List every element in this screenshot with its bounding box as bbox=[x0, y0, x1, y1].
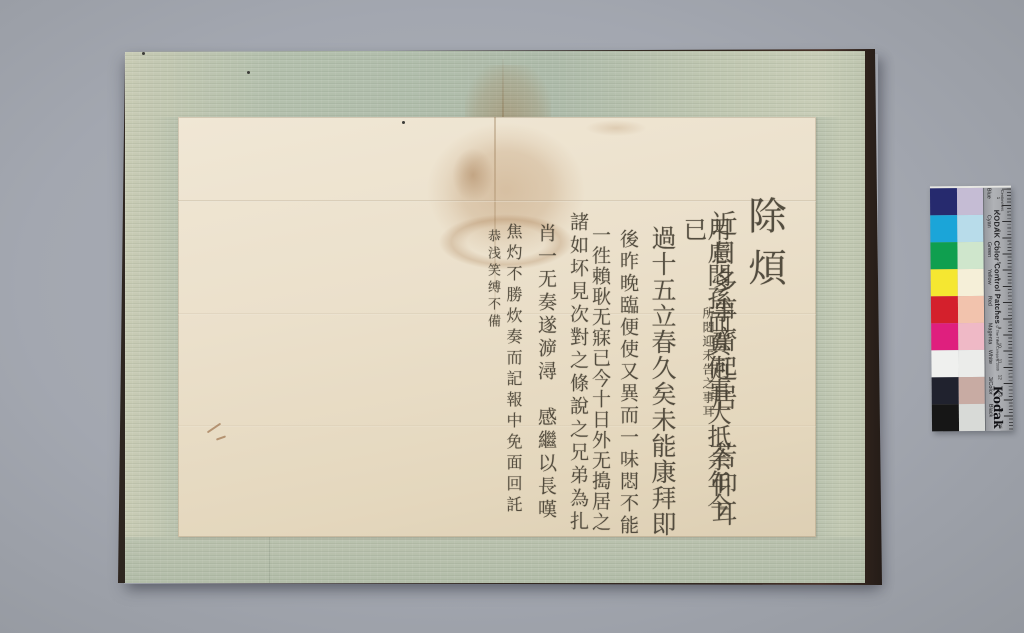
cm-number: 3 bbox=[996, 229, 1001, 232]
color-patch-red-left bbox=[931, 296, 958, 323]
kodak-title: KODAK Color Control Patches © The Tiffen… bbox=[992, 210, 1003, 400]
color-patch-white-right bbox=[958, 350, 984, 377]
color-patch-3-color-right bbox=[959, 377, 985, 404]
silk-left-band bbox=[125, 51, 179, 583]
silk-seam bbox=[269, 537, 270, 583]
silk-bottom-band bbox=[125, 537, 865, 583]
calligraphy-column: 諸如坏見次對之條說之兄弟為扎 bbox=[568, 212, 587, 534]
album-page: 除煩近日多事齋起居 若仰耳所悶迎未告之事耳用慮悶孫而真何事大抵余年今已過十五立春… bbox=[116, 46, 882, 590]
cm-number: 8 bbox=[997, 310, 1002, 313]
color-patch-blue-left bbox=[930, 188, 957, 215]
cm-number: 11 bbox=[997, 359, 1002, 364]
color-patch-blue-right bbox=[957, 188, 983, 215]
silk-right-band bbox=[815, 51, 865, 583]
calligraphy-column: 一徃賴耿无寐已今十日外无搗居之 bbox=[590, 225, 609, 533]
color-patch-black-left bbox=[932, 404, 959, 431]
dust-speck bbox=[247, 71, 250, 74]
kodak-title-text: KODAK Color Control Patches bbox=[992, 210, 1002, 324]
cm-number: 7 bbox=[997, 294, 1002, 297]
color-patch-yellow-right bbox=[958, 269, 984, 296]
centimeters-label: Centimeters bbox=[1000, 190, 1005, 212]
color-patch-green-left bbox=[930, 242, 957, 269]
cm-number: 4 bbox=[996, 246, 1001, 249]
silk-top-band bbox=[125, 51, 865, 117]
photograph-background: 除煩近日多事齋起居 若仰耳所悶迎未告之事耳用慮悶孫而真何事大抵余年今已過十五立春… bbox=[0, 0, 1024, 633]
paper-sheet: 除煩近日多事齋起居 若仰耳所悶迎未告之事耳用慮悶孫而真何事大抵余年今已過十五立春… bbox=[178, 117, 816, 537]
cm-number: 15 bbox=[998, 424, 1003, 429]
color-patch-magenta-left bbox=[931, 323, 958, 350]
cm-number: 1 bbox=[996, 197, 1001, 200]
cm-number: 9 bbox=[997, 327, 1002, 330]
cm-number: 2 bbox=[996, 213, 1001, 216]
color-patch-cyan-left bbox=[930, 215, 957, 242]
cm-number: 6 bbox=[997, 278, 1002, 281]
calligraphy-column: 肖一无奏遂㴑潯 感繼以長嘆 bbox=[536, 223, 555, 522]
calligraphy-column: 焦灼不勝炊奏而記報中免面回託 bbox=[505, 223, 521, 517]
color-patch-white-left bbox=[931, 350, 958, 377]
color-patch-magenta-right bbox=[958, 323, 984, 350]
kodak-ruler: Centimeters BlueCyanGreenYellowRedMagent… bbox=[983, 188, 1013, 431]
dust-speck bbox=[142, 52, 145, 55]
color-patch-yellow-left bbox=[931, 269, 958, 296]
color-patch-cyan-right bbox=[957, 215, 983, 242]
kodak-color-control-strip: Centimeters BlueCyanGreenYellowRedMagent… bbox=[930, 186, 1013, 432]
cm-number: 13 bbox=[998, 391, 1003, 396]
cm-number: 5 bbox=[997, 262, 1002, 265]
calligraphy-column: 過十五立春久矣未能康拜即 bbox=[650, 225, 675, 537]
color-patch-3-color-left bbox=[932, 377, 959, 404]
color-patch-black-right bbox=[959, 404, 985, 431]
calligraphy-column: 除煩 bbox=[745, 196, 783, 300]
silk-crease bbox=[502, 59, 504, 123]
color-patch-red-right bbox=[958, 296, 984, 323]
color-patch-green-right bbox=[957, 242, 983, 269]
calligraphy-text-block: 除煩近日多事齋起居 若仰耳所悶迎未告之事耳用慮悶孫而真何事大抵余年今已過十五立春… bbox=[178, 117, 816, 537]
cm-number: 12 bbox=[998, 375, 1003, 380]
cm-number: 14 bbox=[998, 408, 1003, 413]
calligraphy-column: 用慮悶孫而真何事大抵余年今已 bbox=[681, 217, 729, 537]
calligraphy-column: 恭浅笑缚不備 bbox=[486, 229, 499, 331]
cm-number: 10 bbox=[997, 343, 1002, 348]
color-patch-grid bbox=[930, 188, 985, 431]
calligraphy-column: 後昨晚臨便使又異而一味悶不能 bbox=[618, 229, 637, 537]
